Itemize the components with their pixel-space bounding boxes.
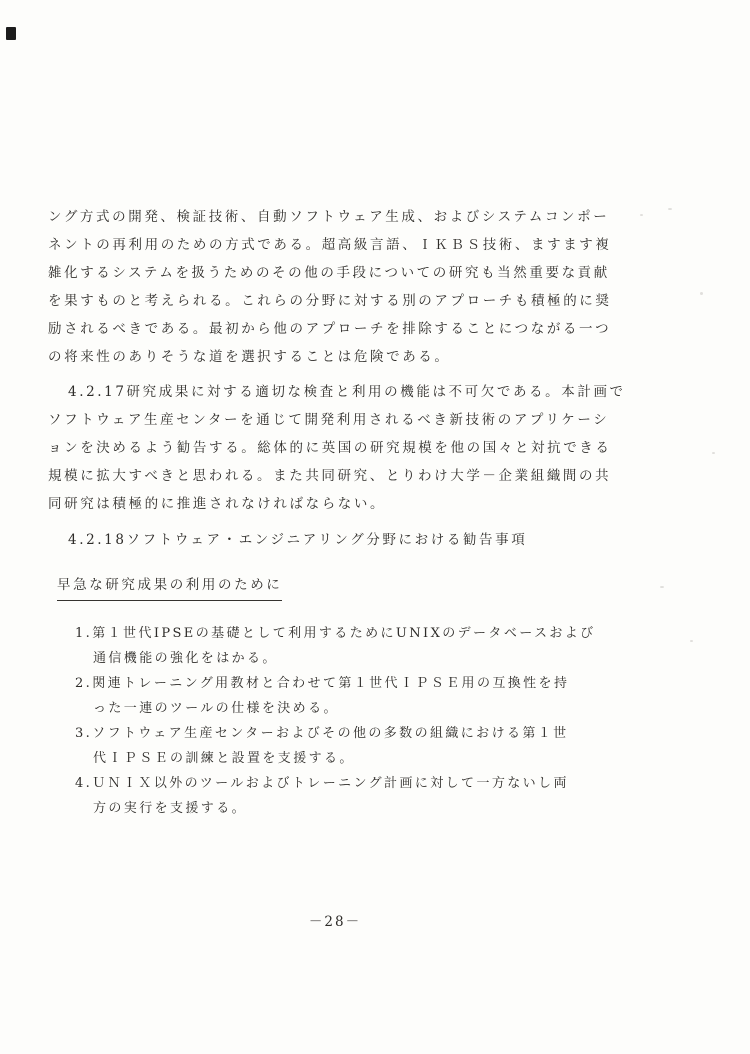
list-item-number: 4.	[75, 776, 92, 791]
scan-noise-speck	[660, 586, 664, 588]
scan-noise-speck	[640, 214, 643, 216]
body-paragraph-2-section-4-2-17: 4.2.17研究成果に対する適切な検査と利用の機能は不可欠である。本計画で ソフ…	[48, 378, 626, 518]
list-item-text: 第１世代IPSEの基礎として利用するためにUNIXのデータベースおよび	[92, 626, 595, 641]
list-item-text: ＵＮＩＸ以外のツールおよびトレーニング計画に対して一方ないし両	[92, 776, 569, 791]
page-number: －28－	[280, 910, 390, 934]
subsection-heading: 早急な研究成果の利用のために	[57, 574, 282, 601]
list-item-text: ソフトウェア生産センターおよびその他の多数の組織における第１世	[92, 726, 568, 741]
text-line: の将来性のありそうな道を選択することは危険である。	[48, 343, 612, 371]
text-line: 通信機能の強化をはかる。	[75, 646, 596, 671]
text-line: ネントの再利用のための方式である。超高級言語、ＩＫＢＳ技術、ますます複	[48, 231, 612, 259]
text-line: を果すものと考えられる。これらの分野に対する別のアプローチも積極的に奨	[48, 287, 612, 315]
text-line: ョンを決めるよう勧告する。総体的に英国の研究規模を他の国々と対抗できる	[48, 434, 626, 462]
text-line: 4.ＵＮＩＸ以外のツールおよびトレーニング計画に対して一方ないし両	[75, 771, 596, 796]
scan-noise-speck	[690, 640, 693, 642]
section-heading-4-2-18: 4.2.18ソフトウェア・エンジニアリング分野における勧告事項	[68, 526, 527, 554]
scanned-document-page: { "content": { "paragraph1": { "lines": …	[0, 0, 750, 1054]
scan-noise-speck	[668, 208, 672, 210]
scan-noise-speck	[712, 452, 715, 454]
text-line: 雑化するシステムを扱うためのその他の手段についての研究も当然重要な貢献	[48, 259, 612, 287]
list-item-number: 3.	[75, 726, 92, 741]
recommendation-list: 1.第１世代IPSEの基礎として利用するためにUNIXのデータベースおよび 通信…	[75, 621, 596, 821]
scan-artifact-mark	[6, 27, 16, 40]
list-item-number: 1.	[75, 626, 92, 641]
text-line: 1.第１世代IPSEの基礎として利用するためにUNIXのデータベースおよび	[75, 621, 596, 646]
text-line: 代ＩＰＳＥの訓練と設置を支援する。	[75, 746, 596, 771]
text-line: ソフトウェア生産センターを通じて開発利用されるべき新技術のアプリケーシ	[48, 406, 626, 434]
text-line: ング方式の開発、検証技術、自動ソフトウェア生成、およびシステムコンポー	[48, 203, 612, 231]
text-line: 2.関連トレーニング用教材と合わせて第１世代ＩＰＳＥ用の互換性を持	[75, 671, 596, 696]
scan-noise-speck	[700, 292, 703, 295]
list-item: 1.第１世代IPSEの基礎として利用するためにUNIXのデータベースおよび 通信…	[75, 621, 596, 671]
text-line: 励されるべきである。最初から他のアプローチを排除することにつながる一つ	[48, 315, 612, 343]
list-item-number: 2.	[75, 676, 92, 691]
list-item-text: 関連トレーニング用教材と合わせて第１世代ＩＰＳＥ用の互換性を持	[92, 676, 569, 691]
text-line: った一連のツールの仕様を決める。	[75, 696, 596, 721]
text-line: 規模に拡大すべきと思われる。また共同研究、とりわけ大学－企業組織間の共	[48, 462, 626, 490]
list-item: 4.ＵＮＩＸ以外のツールおよびトレーニング計画に対して一方ないし両 方の実行を支…	[75, 771, 596, 821]
list-item: 2.関連トレーニング用教材と合わせて第１世代ＩＰＳＥ用の互換性を持 った一連のツ…	[75, 671, 596, 721]
text-line: 3.ソフトウェア生産センターおよびその他の多数の組織における第１世	[75, 721, 596, 746]
underlined-heading-text: 早急な研究成果の利用のために	[57, 574, 282, 601]
text-line: 4.2.17研究成果に対する適切な検査と利用の機能は不可欠である。本計画で	[48, 378, 626, 406]
text-line: 同研究は積極的に推進されなければならない。	[48, 490, 626, 518]
list-item: 3.ソフトウェア生産センターおよびその他の多数の組織における第１世 代ＩＰＳＥの…	[75, 721, 596, 771]
text-line: 方の実行を支援する。	[75, 796, 596, 821]
body-paragraph-1: ング方式の開発、検証技術、自動ソフトウェア生成、およびシステムコンポー ネントの…	[48, 203, 612, 371]
